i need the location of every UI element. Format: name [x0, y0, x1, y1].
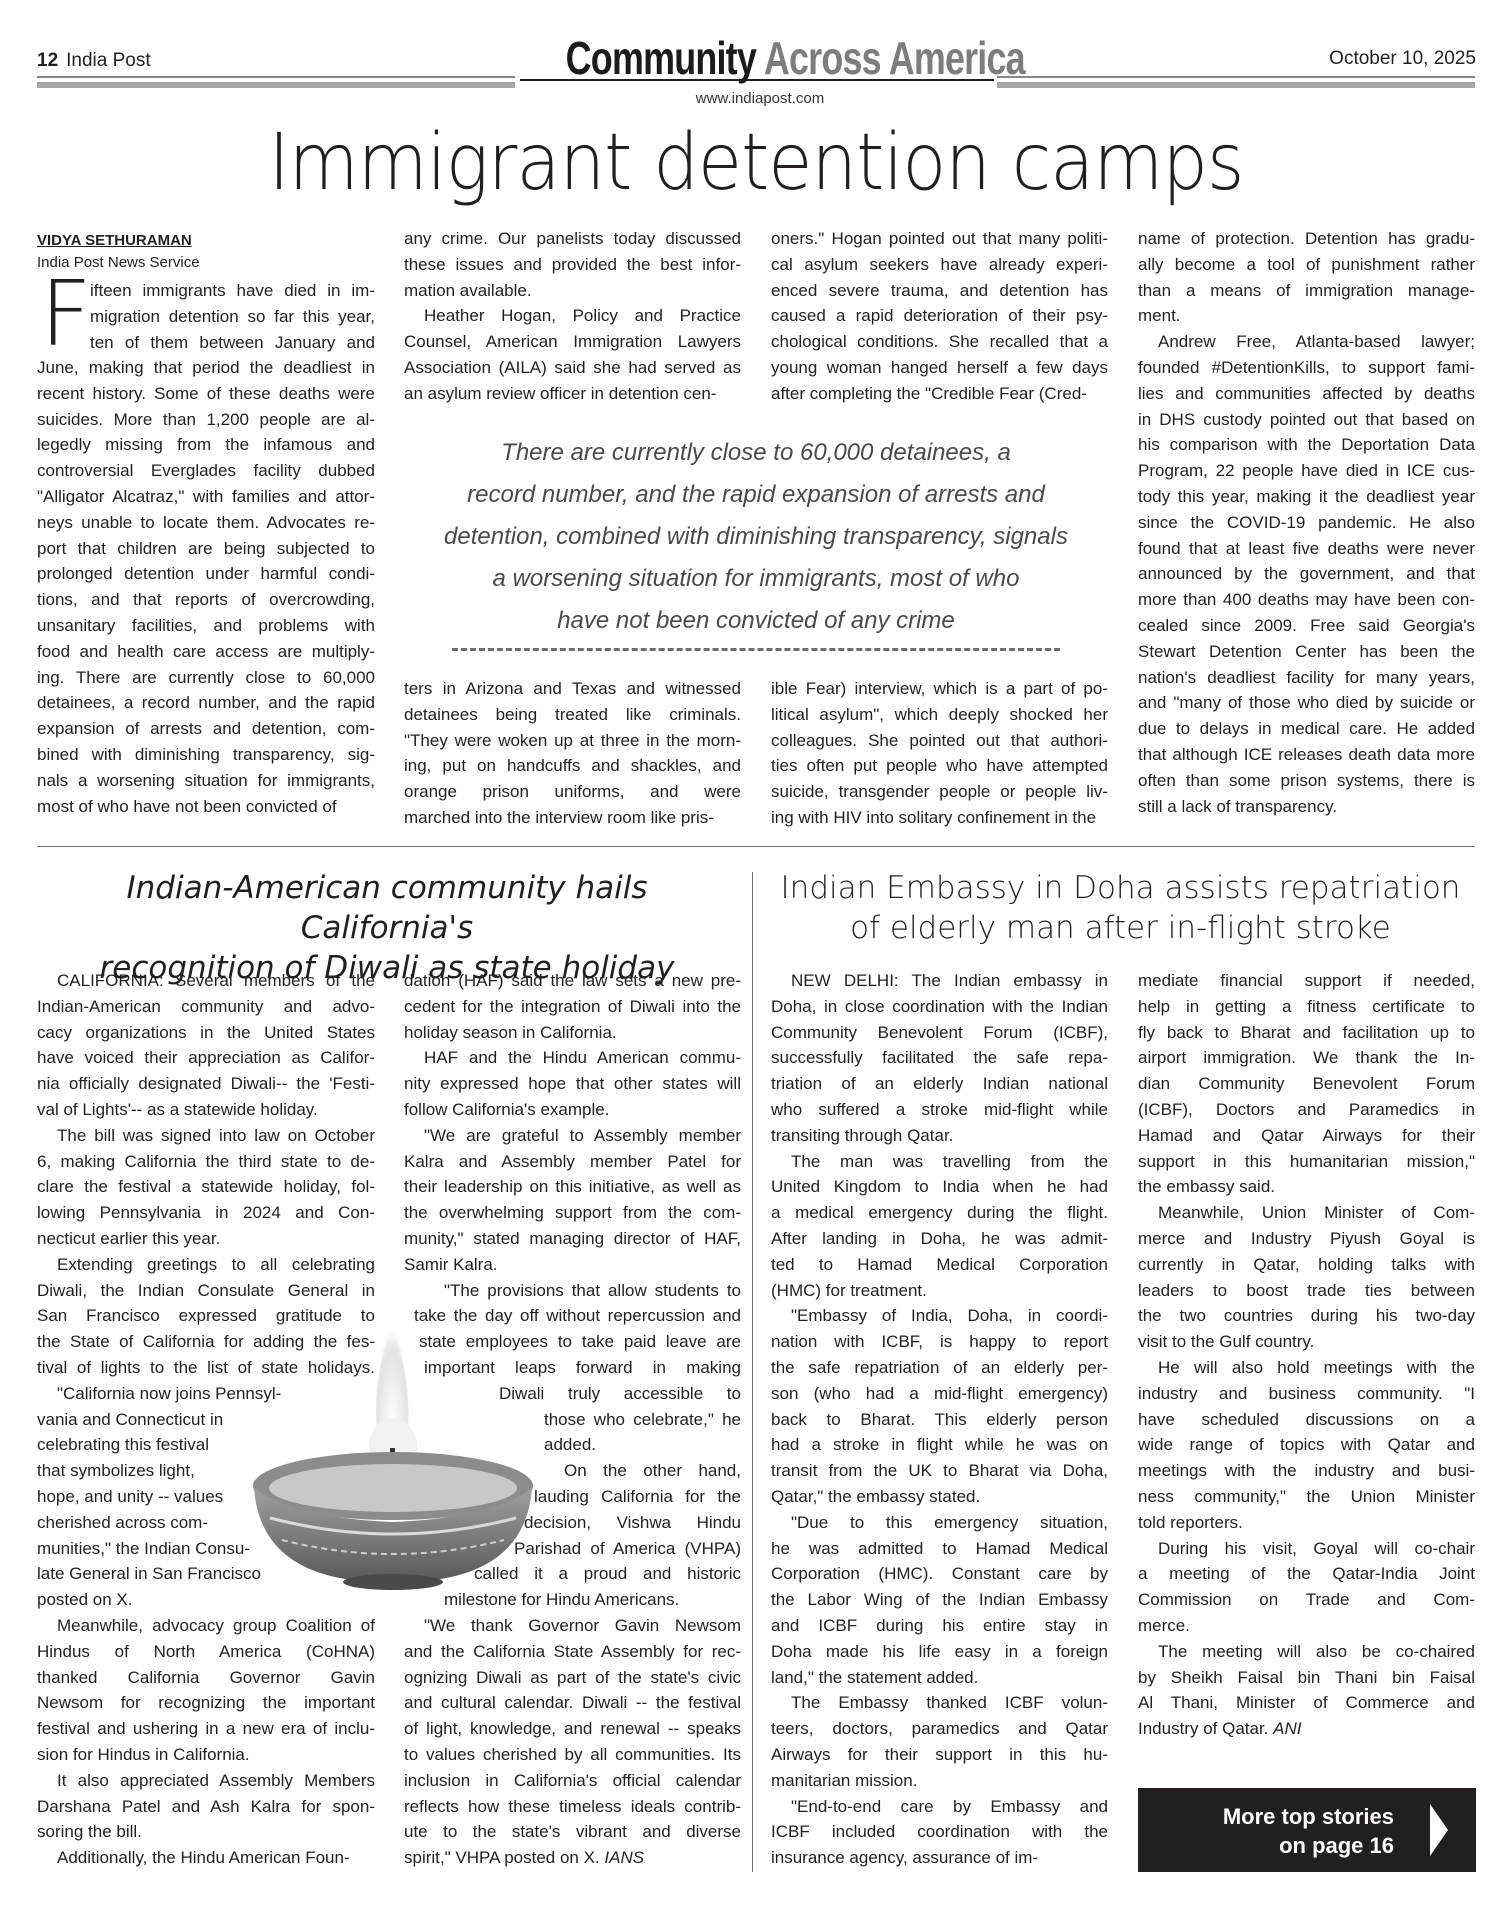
text-line: port that children are being subjected t… [37, 536, 375, 562]
text-line: bined with diminishing transparency, sig… [37, 742, 375, 768]
text-line: ute to the state's vibrant and diverse [404, 1819, 741, 1845]
text-line: the embassy said. [1138, 1174, 1475, 1200]
text-line: told reporters. [1138, 1510, 1475, 1536]
pull-quote: There are currently close to 60,000 deta… [404, 432, 1108, 642]
text-line: Parishad of America (VHPA) [514, 1536, 741, 1562]
text-line: marched into the interview room like pri… [404, 805, 741, 831]
text-line: Al Thani, Minister of Commerce and [1138, 1690, 1475, 1716]
text-line: industry and business community. "I [1138, 1381, 1475, 1407]
text-line: spirit," VHPA posted on X. IANS [404, 1845, 741, 1871]
text-line: mation available. [404, 278, 741, 304]
text-line: found that at least five deaths were nev… [1138, 536, 1475, 562]
text-line: United Kingdom to India when he had [771, 1174, 1108, 1200]
text-line: ties often put people who have attempted [771, 753, 1108, 779]
text-line: to values cherished by all communities. … [404, 1742, 741, 1768]
text-line: "We thank Governor Gavin Newsom [404, 1613, 741, 1639]
text-line: the two countries during his two-day [1138, 1303, 1475, 1329]
text-line: those who celebrate," he [544, 1407, 741, 1433]
pull-quote-dashed-rule [452, 648, 1060, 651]
text-line: due to delays in medical care. He added [1138, 716, 1475, 742]
text-line: he was admitted to Hamad Medical [771, 1536, 1108, 1562]
text-line: orange prison uniforms, and were [404, 779, 741, 805]
text-line: Andrew Free, Atlanta-based lawyer; [1138, 329, 1475, 355]
text-line: and cultural calendar. Diwali -- the fes… [404, 1690, 741, 1716]
diya-lamp-image [252, 1318, 534, 1590]
text-line: back to Bharat. This elderly person [771, 1407, 1108, 1433]
text-line: Diwali truly accessible to [499, 1381, 741, 1407]
text-line: cedent for the integration of Diwali int… [404, 994, 741, 1020]
lead-col3-top: oners." Hogan pointed out that many poli… [771, 226, 1108, 407]
text-line: enced severe trauma, and detention has [771, 278, 1108, 304]
text-line: tions, and that reports of overcrowding, [37, 587, 375, 613]
headline-line: Indian-American community hails Californ… [37, 868, 737, 948]
lead-col1: June, making that period the deadliest i… [37, 355, 375, 819]
text-line: these issues and provided the best infor… [404, 252, 741, 278]
text-line: transiting through Qatar. [771, 1123, 1108, 1149]
drop-cap: F [40, 277, 92, 353]
text-line: that symbolizes light, [37, 1458, 242, 1484]
text-line: Diwali, the Indian Consulate General in [37, 1278, 375, 1304]
text-line: HAF and the Hindu American commu- [404, 1045, 741, 1071]
text-line: added. [544, 1432, 741, 1458]
text-line: had a stroke in flight while he was on [771, 1432, 1108, 1458]
text-line: by Sheikh Faisal bin Thani bin Faisal [1138, 1665, 1475, 1691]
masthead-gray: Across America [764, 32, 1025, 84]
text-line: He will also hold meetings with the [1138, 1355, 1475, 1381]
text-line: Hamad and Qatar Airways for their [1138, 1123, 1475, 1149]
text-line: triation of an elderly Indian national [771, 1071, 1108, 1097]
text-line: who suffered a stroke mid-flight while [771, 1097, 1108, 1123]
text-line: Doha, in close coordination with the Ind… [771, 994, 1108, 1020]
pull-quote-line: record number, and the rapid expansion o… [404, 474, 1108, 516]
page-number: 12 [37, 50, 58, 71]
text-line: the Labor Wing of the Indian Embassy [771, 1587, 1108, 1613]
text-line: It also appreciated Assembly Members [37, 1768, 375, 1794]
text-line: since the COVID-19 pandemic. He also [1138, 510, 1475, 536]
section-divider [37, 846, 1475, 847]
text-line: Corporation (HMC). Constant care by [771, 1561, 1108, 1587]
header-rule-thin-left [37, 76, 515, 78]
pull-quote-line: detention, combined with diminishing tra… [404, 516, 1108, 558]
text-line: (HMC) for treatment. [771, 1278, 1108, 1304]
text-line: "We are grateful to Assembly member [404, 1123, 741, 1149]
text-line: ters in Arizona and Texas and witnessed [404, 676, 741, 702]
text-line: celebrating this festival [37, 1432, 242, 1458]
text-line: Community Benevolent Forum (ICBF), [771, 1020, 1108, 1046]
text-line: food and health care access are multiply… [37, 639, 375, 665]
text-line: controversial Everglades facility dubbed [37, 458, 375, 484]
lead-col1-dropcap-lines: ifteen immigrants have died in im- migra… [90, 278, 375, 355]
text-line: "They were woken up at three in the morn… [404, 728, 741, 754]
text-line: Extending greetings to all celebrating [37, 1252, 375, 1278]
text-line: milestone for Hindu Americans. [444, 1587, 741, 1613]
text-line: Stewart Detention Center has been the [1138, 639, 1475, 665]
headline-line: Indian Embassy in Doha assists repatriat… [766, 868, 1475, 908]
pull-quote-line: There are currently close to 60,000 deta… [404, 432, 1108, 474]
text-line: lies and communities affected by deaths [1138, 381, 1475, 407]
pull-quote-line: a worsening situation for immigrants, mo… [404, 558, 1108, 600]
text-line: lauding California for the [534, 1484, 741, 1510]
text-line: "End-to-end care by Embassy and [771, 1794, 1108, 1820]
text-line: help in getting a fitness certificate to [1138, 994, 1475, 1020]
promo-line2: on page 16 [1223, 1831, 1394, 1860]
doha-headline: Indian Embassy in Doha assists repatriat… [766, 868, 1475, 948]
text-line: Counsel, American Immigration Lawyers [404, 329, 741, 355]
more-stories-promo[interactable]: More top stories on page 16 [1138, 1788, 1476, 1872]
text-line: follow California's example. [404, 1097, 741, 1123]
header-rule-thick-left [37, 82, 515, 88]
promo-line1: More top stories [1223, 1802, 1394, 1831]
text-line: merce and Industry Piyush Goyal is [1138, 1226, 1475, 1252]
text-line: NEW DELHI: The Indian embassy in [771, 968, 1108, 994]
text-line: Meanwhile, Union Minister of Com- [1138, 1200, 1475, 1226]
text-line: support in this humanitarian mission," [1138, 1149, 1475, 1175]
wire-credit: IANS [604, 1848, 644, 1867]
text-line: "Due to this emergency situation, [771, 1510, 1108, 1536]
text-line: val of Lights'-- as a statewide holiday. [37, 1097, 375, 1123]
text-line: necticut earlier this year. [37, 1226, 375, 1252]
text-line: ible Fear) interview, which is a part of… [771, 676, 1108, 702]
text-line: a medical emergency during the flight. [771, 1200, 1108, 1226]
text-line: munity," stated managing director of HAF… [404, 1226, 741, 1252]
text-line: Airways for their support in this hu- [771, 1742, 1108, 1768]
text-line: thanked California Governor Gavin [37, 1665, 375, 1691]
issue-date: October 10, 2025 [1329, 48, 1476, 70]
text-line: Hindus of North America (CoHNA) [37, 1639, 375, 1665]
pull-quote-line: have not been convicted of any crime [404, 600, 1108, 642]
text-line: nity expressed hope that other states wi… [404, 1071, 741, 1097]
text-line: detainees being treated like criminals. [404, 702, 741, 728]
text-line: The man was travelling from the [771, 1149, 1108, 1175]
text-line: young woman hanged herself a few days [771, 355, 1108, 381]
text-line: airport immigration. We thank the In- [1138, 1045, 1475, 1071]
text-line: posted on X. [37, 1587, 375, 1613]
text-line: cealed since 2009. Free said Georgia's [1138, 613, 1475, 639]
text-line: an asylum review officer in detention ce… [404, 381, 741, 407]
lead-col3-bottom: ible Fear) interview, which is a part of… [771, 676, 1108, 831]
lead-headline: Immigrant detention camps [60, 118, 1451, 208]
headline-line: of elderly man after in-flight stroke [766, 908, 1475, 948]
text-line: ness community," the Union Minister [1138, 1484, 1475, 1510]
section-masthead: Community Across America [566, 30, 947, 86]
text-line: Kalra and Assembly member Patel for [404, 1149, 741, 1175]
text-line: "The provisions that allow students to [424, 1278, 741, 1304]
text-line: any crime. Our panelists today discussed [404, 226, 741, 252]
text-line: nation's deadliest facility for many yea… [1138, 665, 1475, 691]
text-line: have voiced their appreciation as Califo… [37, 1045, 375, 1071]
text-line: meetings with the industry and busi- [1138, 1458, 1475, 1484]
text-line: leaders to boost trade ties between [1138, 1278, 1475, 1304]
text-line: tody this year, making it the deadliest … [1138, 484, 1475, 510]
text-line: (ICBF), Doctors and Paramedics in [1138, 1097, 1475, 1123]
text-line: nia officially designated Diwali-- the '… [37, 1071, 375, 1097]
text-line: successfully facilitated the safe repa- [771, 1045, 1108, 1071]
text-line: ten of them between January and [90, 330, 375, 356]
text-line: that although ICE releases death data mo… [1138, 742, 1475, 768]
text-line: caused a rapid deterioration of their ps… [771, 303, 1108, 329]
text-line: soring the bill. [37, 1819, 375, 1845]
text-line: teers, doctors, paramedics and Qatar [771, 1716, 1108, 1742]
text-line: expansion of arrests and detention, com- [37, 716, 375, 742]
text-line: hope, and unity -- values [37, 1484, 242, 1510]
text-line: visit to the Gulf country. [1138, 1329, 1475, 1355]
header-rule-thick-right [997, 82, 1475, 88]
text-line: On the other hand, [564, 1458, 741, 1484]
text-line: ognizing Diwali as part of the state's c… [404, 1665, 741, 1691]
text-line: ICBF included coordination with the [771, 1819, 1108, 1845]
site-url[interactable]: www.indiapost.com [512, 90, 1008, 107]
text-line: The Embassy thanked ICBF volun- [771, 1690, 1108, 1716]
text-line: "California now joins Pennsyl- [37, 1381, 287, 1407]
text-line: reflects how these timeless ideals contr… [404, 1794, 741, 1820]
text-line: unsanitary facilities, and problems with [37, 613, 375, 639]
text-line: prolonged detention under harmful condi- [37, 561, 375, 587]
lead-col2-bottom: ters in Arizona and Texas and witnessedd… [404, 676, 741, 831]
text-line: Commission on Trade and Com- [1138, 1587, 1475, 1613]
publication-name: India Post [66, 50, 151, 71]
text-line: dian Community Benevolent Forum [1138, 1071, 1475, 1097]
text-line: cherished across com- [37, 1510, 242, 1536]
text-line: more than 400 deaths may have been con- [1138, 587, 1475, 613]
column-divider [752, 872, 753, 1872]
text-line: sion for Hindus in California. [37, 1742, 375, 1768]
text-line: suicide, transgender people or people li… [771, 779, 1108, 805]
text-line: Additionally, the Hindu American Foun- [37, 1845, 375, 1871]
text-line: insurance agency, assurance of im- [771, 1845, 1108, 1871]
text-line: festival and ushering in a new era of in… [37, 1716, 375, 1742]
text-line: have scheduled discussions on a [1138, 1407, 1475, 1433]
text-line: suicides. More than 1,200 people are al- [37, 407, 375, 433]
text-line: legedly missing from the infamous and [37, 432, 375, 458]
text-line: nation with ICBF, is happy to report [771, 1329, 1108, 1355]
text-line: after completing the "Credible Fear (Cre… [771, 381, 1108, 407]
text-line: vania and Connecticut in [37, 1407, 242, 1433]
text-line: oners." Hogan pointed out that many poli… [771, 226, 1108, 252]
text-line: The meeting will also be co-chaired [1138, 1639, 1475, 1665]
text-line: recent history. Some of these deaths wer… [37, 381, 375, 407]
text-line: still a lack of transparency. [1138, 794, 1475, 820]
text-line: Samir Kalra. [404, 1252, 741, 1278]
text-line: "Alligator Alcatraz," with families and … [37, 484, 375, 510]
text-line: holiday season in California. [404, 1020, 741, 1046]
text-line: Industry of Qatar. ANI [1138, 1716, 1475, 1742]
text-line: land," the statement added. [771, 1665, 1108, 1691]
lead-col2-top: any crime. Our panelists today discussed… [404, 226, 741, 407]
text-line: manitarian mission. [771, 1768, 1108, 1794]
text-line: Meanwhile, advocacy group Coalition of [37, 1613, 375, 1639]
text-line: ing, put on handcuffs and shackles, and [404, 753, 741, 779]
text-line: and the California State Assembly for re… [404, 1639, 741, 1665]
folio: 12India Post [37, 50, 151, 72]
text-line: son (who had a mid-flight emergency) [771, 1381, 1108, 1407]
promo-text: More top stories on page 16 [1223, 1802, 1394, 1860]
text-line: June, making that period the deadliest i… [37, 355, 375, 381]
text-line: The bill was signed into law on October [37, 1123, 375, 1149]
doha-col2: mediate financial support if needed,help… [1138, 968, 1475, 1742]
text-line: neys unable to locate them. Advocates re… [37, 510, 375, 536]
text-line: their leadership on this initiative, as … [404, 1174, 741, 1200]
text-line: inclusion in California's official calen… [404, 1768, 741, 1794]
text-line: and "many of those who died by suicide o… [1138, 690, 1475, 716]
text-line: detainees, a record number, and the rapi… [37, 690, 375, 716]
text-line: a meeting of the Qatar-India Joint [1138, 1561, 1475, 1587]
text-line: cal asylum seekers have already experi- [771, 252, 1108, 278]
text-line: and ICBF during his entire stay in [771, 1613, 1108, 1639]
text-line: decision, Vishwa Hindu [524, 1510, 741, 1536]
text-line: clare the festival a statewide holiday, … [37, 1174, 375, 1200]
text-line: name of protection. Detention has gradu- [1138, 226, 1475, 252]
lead-col4: name of protection. Detention has gradu-… [1138, 226, 1475, 819]
text-line: ment. [1138, 303, 1475, 329]
text-line: Doha made his life easy in a foreign [771, 1639, 1108, 1665]
text-line: ing with HIV into solitary confinement i… [771, 805, 1108, 831]
text-line: the overwhelming support from the com- [404, 1200, 741, 1226]
text-line: Indian-American community and advo- [37, 994, 375, 1020]
text-line: Darshana Patel and Ash Kalra for spon- [37, 1794, 375, 1820]
text-line: in DHS custody pointed out that based on [1138, 407, 1475, 433]
text-line: ted to Hamad Medical Corporation [771, 1252, 1108, 1278]
doha-col1: NEW DELHI: The Indian embassy inDoha, in… [771, 968, 1108, 1871]
masthead-dark: Community [566, 32, 756, 84]
text-line: lowing Pennsylvania in 2024 and Con- [37, 1200, 375, 1226]
arrow-right-icon [1430, 1804, 1448, 1856]
text-line: mediate financial support if needed, [1138, 968, 1475, 994]
text-line: transit from the UK to Bharat via Doha, [771, 1458, 1108, 1484]
text-line: announced by the government, and that [1138, 561, 1475, 587]
text-line: CALIFORNIA: Several members of the [37, 968, 375, 994]
text-line: 6, making California the third state to … [37, 1149, 375, 1175]
text-line: ally become a tool of punishment rather [1138, 252, 1475, 278]
text-line: of light, knowledge, and renewal -- spea… [404, 1716, 741, 1742]
text-line: litical asylum", which deeply shocked he… [771, 702, 1108, 728]
wire-credit: ANI [1273, 1719, 1301, 1738]
text-line: wide range of topics with Qatar and [1138, 1432, 1475, 1458]
text-line: the safe repatriation of an elderly per- [771, 1355, 1108, 1381]
text-line: migration detention so far this year, [90, 304, 375, 330]
text-line: Program, 22 people have died in ICE cus- [1138, 458, 1475, 484]
text-line: Newsom for recognizing the important [37, 1690, 375, 1716]
text-line: Qatar," the embassy stated. [771, 1484, 1108, 1510]
text-line: cacy organizations in the United States [37, 1020, 375, 1046]
text-line: dation (HAF) said the law sets a new pre… [404, 968, 741, 994]
text-line: Association (AILA) said she had served a… [404, 355, 741, 381]
text-line: currently in Qatar, holding talks with [1138, 1252, 1475, 1278]
text-line: most of who have not been convicted of [37, 794, 375, 820]
text-line: fly back to Bharat and facilitation up t… [1138, 1020, 1475, 1046]
text-line: After landing in Doha, he was admit- [771, 1226, 1108, 1252]
text-line: merce. [1138, 1613, 1475, 1639]
text-line: his comparison with the Deportation Data [1138, 432, 1475, 458]
text-line: colleagues. She pointed out that authori… [771, 728, 1108, 754]
text-line: founded #DetentionKills, to support fami… [1138, 355, 1475, 381]
byline: VIDYA SETHURAMAN [37, 232, 192, 249]
text-line: ing. There are currently close to 60,000 [37, 665, 375, 691]
text-line: Heather Hogan, Policy and Practice [404, 303, 741, 329]
text-line: chological conditions. She recalled that… [771, 329, 1108, 355]
text-line: than a means of immigration manage- [1138, 278, 1475, 304]
text-line: ifteen immigrants have died in im- [90, 278, 375, 304]
text-line: "Embassy of India, Doha, in coordi- [771, 1303, 1108, 1329]
text-line: During his visit, Goyal will co-chair [1138, 1536, 1475, 1562]
header-rule-thin-right [997, 76, 1475, 78]
text-line: often than some prison systems, there is [1138, 768, 1475, 794]
text-line: nals a worsening situation for immigrant… [37, 768, 375, 794]
